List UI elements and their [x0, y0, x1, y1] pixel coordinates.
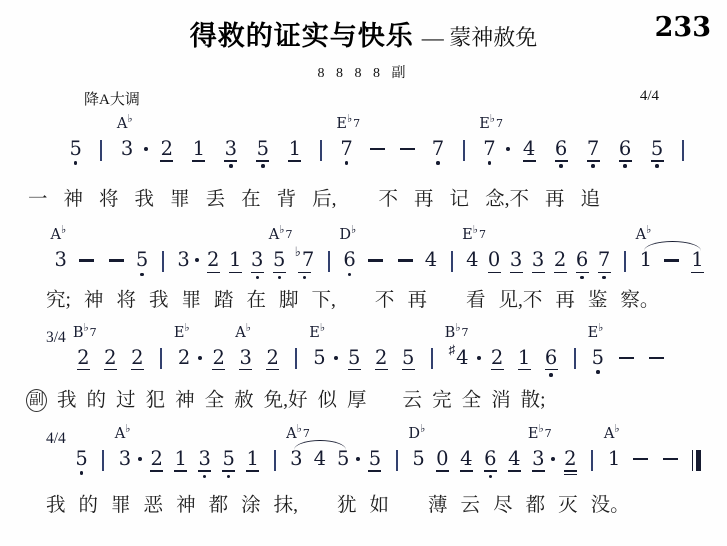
chord-label: A♭	[117, 117, 133, 132]
eighth-underline	[619, 160, 632, 161]
low-octave-dot	[229, 164, 233, 168]
time-signature-inline: 4/4	[46, 430, 66, 448]
note-number: 5	[402, 348, 414, 368]
lyric-syllable: 如	[370, 494, 390, 518]
eighth-underline	[460, 470, 473, 471]
note: A♭1	[608, 427, 620, 469]
duration-dash	[633, 458, 648, 460]
duration-dash	[400, 148, 415, 150]
note-number: 5	[369, 449, 381, 469]
note-number: 1	[193, 139, 205, 159]
note: 5	[651, 117, 664, 168]
note: 6	[619, 117, 632, 168]
note: 0	[436, 427, 449, 472]
lyric-syllable: 下,	[312, 289, 336, 313]
note: 5	[75, 427, 87, 475]
low-octave-dot	[80, 471, 84, 475]
lyric-syllable: 过	[116, 389, 136, 413]
note: 2	[564, 427, 577, 475]
lyric-syllable: 再	[414, 188, 434, 212]
eighth-underline	[222, 470, 235, 471]
lyric-syllable: 云	[403, 389, 423, 413]
note-number: 3	[121, 139, 133, 159]
duration-dash	[649, 357, 664, 359]
note-number: 5	[348, 348, 360, 368]
lyric-syllable: 散;	[521, 389, 546, 413]
note: 5	[348, 326, 361, 371]
chord-seventh: 7	[545, 427, 552, 440]
eighth-underline	[651, 160, 664, 161]
note-number: 1	[246, 449, 258, 469]
low-octave-dot	[261, 164, 265, 168]
note: E♭5	[313, 326, 325, 368]
eighth-underline	[192, 160, 205, 161]
lyric-syllable: 犯	[146, 389, 166, 413]
note: 4	[425, 228, 437, 270]
key-signature: 降A大调	[84, 88, 140, 109]
note: D♭5	[412, 427, 424, 469]
lyric-syllable: 犹	[337, 494, 357, 518]
note: 2	[554, 228, 567, 273]
low-octave-dot	[602, 276, 606, 280]
note-number: 2	[554, 250, 566, 270]
low-octave-dot	[591, 164, 595, 168]
note-number: 3	[290, 449, 302, 469]
lyric-syllable: 没。	[591, 494, 630, 518]
rhythm-dot	[506, 147, 510, 151]
lyric-syllable: 我	[149, 289, 169, 313]
chord-label: D♭	[339, 228, 356, 243]
music-line-1: 5A♭321351E♭777E♭7746765	[0, 117, 727, 171]
note-number: 2	[267, 348, 279, 368]
eighth-underline	[348, 369, 361, 370]
lyrics-line-4: 我的罪恶神都涂抹,犹如薄云尽都灭没。	[0, 494, 727, 518]
flat-icon: ♭	[351, 224, 356, 237]
eighth-underline	[368, 470, 381, 471]
note: 5	[70, 117, 82, 165]
note: 3	[224, 117, 237, 168]
eighth-underline	[229, 272, 242, 273]
refrain-badge: 副	[26, 389, 47, 412]
lyric-syllable: 罪	[111, 494, 131, 518]
chord-label: E♭7	[479, 117, 503, 132]
low-octave-dot	[596, 370, 600, 374]
rhythm-dot	[334, 356, 338, 360]
note: 6	[576, 228, 589, 279]
note: 5	[402, 326, 415, 371]
sharp-icon: ♯	[449, 343, 456, 356]
note: 5	[222, 427, 235, 478]
eighth-underline	[523, 160, 536, 161]
lyric-syllable: 记	[450, 188, 470, 212]
lyric-syllable: 鉴	[588, 289, 608, 313]
lyric-syllable: 全	[462, 389, 482, 413]
note: A♭75	[273, 228, 286, 279]
eighth-underline	[160, 160, 173, 161]
lyric-syllable: 我	[57, 389, 77, 413]
flat-icon: ♭	[297, 422, 302, 435]
lyric-syllable: 似	[318, 389, 338, 413]
eighth-underline	[488, 272, 501, 273]
lyric-syllable: 脚	[279, 289, 299, 313]
chord-label: E♭	[174, 326, 190, 341]
note-number: 5	[70, 139, 82, 159]
eighth-underline	[224, 160, 237, 161]
note-number: 4	[508, 449, 520, 469]
lyric-syllable: 不	[379, 188, 399, 212]
lyric-syllable: 再	[545, 188, 565, 212]
note: 4	[523, 117, 536, 162]
note-number: 6	[545, 348, 557, 368]
eighth-underline	[273, 272, 286, 273]
note: 2	[207, 228, 220, 273]
flat-icon: ♭	[455, 321, 460, 334]
note: E♭73	[532, 427, 545, 472]
lyric-syllable: 恶	[144, 494, 164, 518]
lyric-syllable: 罪	[170, 188, 190, 212]
note: 7	[587, 117, 600, 168]
note: A♭3	[121, 117, 133, 159]
note-number: 1	[640, 250, 652, 270]
lyric-syllable: 察。	[620, 289, 659, 313]
duration-dash	[370, 148, 385, 150]
lyric-syllable: 消	[491, 389, 511, 413]
duration-dash	[109, 259, 124, 261]
note-number: 3	[532, 250, 544, 270]
eighth-underline	[545, 369, 558, 370]
eighth-underline	[576, 272, 589, 273]
note-number: 1	[289, 139, 301, 159]
note: 2	[491, 326, 504, 371]
flat-icon: ♭	[538, 422, 543, 435]
chord-label: D♭	[408, 427, 425, 442]
flat-icon: ♭	[420, 422, 425, 435]
flat-icon: ♭	[598, 321, 603, 334]
eighth-underline	[77, 369, 90, 370]
chord-label: A♭	[636, 228, 652, 243]
barline	[160, 348, 162, 369]
note-number: 5	[592, 348, 604, 368]
low-octave-dot	[140, 273, 144, 277]
barline	[102, 450, 104, 471]
note-number: 3	[240, 348, 252, 368]
lyric-syllable: 我	[46, 494, 66, 518]
note-number: 3	[532, 449, 544, 469]
lyric-syllable: 一	[28, 188, 48, 212]
note: D♭6	[343, 228, 355, 276]
chord-label: B♭7	[73, 326, 97, 341]
lyric-syllable: 完	[432, 389, 452, 413]
flat-icon: ♭	[184, 321, 189, 334]
note-number: 4	[460, 449, 472, 469]
note: ♭7	[295, 228, 315, 279]
note-number: 4	[466, 250, 478, 270]
rhythm-dot	[477, 356, 481, 360]
flat-icon: ♭	[295, 245, 301, 258]
note: A♭3	[239, 326, 252, 371]
note-number: 1	[229, 250, 241, 270]
note-number: 3	[119, 449, 131, 469]
chord-label: B♭7	[445, 326, 469, 341]
flat-icon: ♭	[61, 224, 66, 237]
note: E♭2	[178, 326, 190, 368]
music-line-3: 3/4B♭7222E♭22A♭32E♭5525B♭7♯4216E♭5	[0, 326, 727, 380]
eighth-underline	[256, 160, 269, 161]
low-octave-dot	[227, 475, 231, 479]
barline	[328, 251, 330, 272]
eighth-underline	[484, 470, 497, 471]
chord-seventh: 7	[479, 228, 486, 241]
note: 2	[375, 326, 388, 371]
note: 1	[288, 117, 301, 162]
note: 6	[484, 427, 497, 478]
chord-label: E♭7	[528, 427, 552, 442]
note: 1	[192, 117, 205, 162]
lyric-syllable: 再	[407, 289, 427, 313]
eighth-underline	[251, 272, 264, 273]
key-time-row: 降A大调 4/4	[0, 88, 727, 109]
hymn-title: 得救的证实与快乐	[190, 21, 414, 52]
note: 0	[488, 228, 501, 273]
eighth-underline	[508, 470, 521, 471]
eighth-underline	[554, 272, 567, 273]
note-number: 6	[576, 250, 588, 270]
note-number: 5	[337, 449, 349, 469]
note: 3	[177, 228, 189, 270]
lyric-syllable: 神	[175, 389, 195, 413]
duration-dash	[368, 259, 383, 261]
low-octave-dot	[559, 164, 563, 168]
chord-seventh: 7	[496, 117, 503, 130]
note: 2	[212, 326, 225, 371]
sheet-music-page: 233 得救的证实与快乐— 蒙神赦免 8 8 8 8 副 降A大调 4/4 5A…	[0, 0, 727, 546]
note-number: 7	[340, 139, 352, 159]
eighth-underline	[518, 369, 531, 370]
note: 1	[518, 326, 531, 371]
flat-icon: ♭	[646, 224, 651, 237]
lyric-syllable: 念,不	[485, 188, 529, 212]
note-number: 5	[273, 250, 285, 270]
lyric-syllable: 抹,	[274, 494, 298, 518]
low-octave-dot	[203, 475, 207, 479]
eighth-underline	[246, 470, 259, 471]
note: 1	[246, 427, 259, 472]
note-number: 7	[432, 139, 444, 159]
eighth-underline	[491, 369, 504, 370]
note-number: 2	[178, 348, 190, 368]
eighth-underline	[174, 470, 187, 471]
note: 5	[256, 117, 269, 168]
flat-icon: ♭	[473, 224, 478, 237]
note-number: 2	[207, 250, 219, 270]
lyric-syllable: 见,不	[498, 289, 542, 313]
eighth-underline	[298, 272, 311, 273]
lyric-syllable: 免,好	[264, 389, 308, 413]
chord-label: A♭7	[286, 427, 310, 442]
eighth-underline	[555, 160, 568, 161]
eighth-underline	[598, 272, 611, 273]
eighth-underline	[131, 369, 144, 370]
lyric-syllable: 赦	[234, 389, 254, 413]
duration-dash	[664, 259, 679, 261]
lyric-syllable: 在	[247, 289, 267, 313]
chord-label: A♭7	[269, 228, 293, 243]
lyric-syllable: 在	[241, 188, 261, 212]
rhythm-dot	[144, 147, 148, 151]
eighth-underline	[691, 272, 704, 273]
lyric-syllable: 都	[209, 494, 229, 518]
lyric-syllable: 丢	[206, 188, 226, 212]
note-number: 2	[131, 348, 143, 368]
note: E♭74	[466, 228, 478, 270]
barline	[431, 348, 433, 369]
note: 2	[266, 326, 279, 371]
duration-dash	[663, 458, 678, 460]
note: 3	[251, 228, 264, 279]
low-octave-dot	[436, 161, 440, 165]
note-number: 4	[456, 348, 468, 368]
note-number: 3	[251, 250, 263, 270]
flat-icon: ♭	[246, 321, 251, 334]
lyric-syllable: 不	[375, 289, 395, 313]
barline	[100, 140, 102, 161]
eighth-underline	[436, 470, 449, 471]
lyric-syllable: 薄	[428, 494, 448, 518]
eighth-underline	[207, 272, 220, 273]
note-number: 3	[198, 449, 210, 469]
eighth-underline	[587, 160, 600, 161]
lyric-syllable: 踏	[214, 289, 234, 313]
low-octave-dot	[256, 276, 260, 280]
lyrics-line-1: 一神将我罪丢在背后,不再记念,不再追	[0, 188, 727, 212]
barline	[295, 348, 297, 369]
flat-icon: ♭	[125, 422, 130, 435]
lyric-syllable: 云	[461, 494, 481, 518]
note: 2	[131, 326, 144, 371]
note-number: 3	[510, 250, 522, 270]
chord-label: A♭	[604, 427, 620, 442]
note-number: 5	[222, 449, 234, 469]
flat-icon: ♭	[83, 321, 88, 334]
note-number: 2	[150, 449, 162, 469]
low-octave-dot	[278, 276, 282, 280]
low-octave-dot	[489, 475, 493, 479]
note-number: 2	[104, 348, 116, 368]
eighth-underline	[510, 272, 523, 273]
chord-label: A♭	[235, 326, 251, 341]
flat-icon: ♭	[320, 321, 325, 334]
note-number: 1	[518, 348, 530, 368]
flat-icon: ♭	[127, 112, 132, 125]
note: E♭77	[340, 117, 352, 165]
note-number: 0	[488, 250, 500, 270]
note-number: 7	[587, 139, 599, 159]
note-number: 6	[555, 139, 567, 159]
lyric-syllable: 再	[555, 289, 575, 313]
note-number: 2	[564, 449, 576, 469]
lyric-syllable: 罪	[181, 289, 201, 313]
note-number: 6	[484, 449, 496, 469]
flat-icon: ♭	[614, 422, 619, 435]
lyric-syllable: 的	[79, 494, 99, 518]
chord-label: A♭	[51, 228, 67, 243]
chord-label: E♭	[588, 326, 604, 341]
barline	[396, 450, 398, 471]
note: 2	[104, 326, 117, 371]
note-number: 4	[425, 250, 437, 270]
note: 1	[174, 427, 187, 472]
note-number: 5	[257, 139, 269, 159]
flat-icon: ♭	[279, 224, 284, 237]
flat-icon: ♭	[347, 112, 352, 125]
eighth-underline	[564, 474, 577, 475]
note-number: 4	[314, 449, 326, 469]
rhythm-dot	[551, 457, 555, 461]
note: 7	[598, 228, 611, 279]
rhythm-dot	[198, 356, 202, 360]
note-number: 5	[75, 449, 87, 469]
note: A♭3	[55, 228, 67, 270]
low-octave-dot	[345, 161, 349, 165]
chord-label: E♭7	[462, 228, 486, 243]
lyric-syllable: 尽	[493, 494, 513, 518]
eighth-underline	[212, 369, 225, 370]
lyric-syllable: 厚	[347, 389, 367, 413]
note: 3	[532, 228, 545, 273]
barline	[320, 140, 322, 161]
note-number: 5	[313, 348, 325, 368]
lyrics-line-2: 究;神将我罪踏在脚下,不再看见,不再鉴察。	[0, 289, 727, 313]
title-row: 得救的证实与快乐— 蒙神赦免	[0, 14, 727, 53]
meter-label: 8 8 8 8 副	[0, 62, 727, 82]
lyric-syllable: 的	[87, 389, 107, 413]
low-octave-dot	[655, 164, 659, 168]
lyric-syllable: 将	[99, 188, 119, 212]
chord-seventh: 7	[303, 427, 310, 440]
chord-seventh: 7	[462, 326, 469, 339]
chord-label: A♭	[115, 427, 131, 442]
low-octave-dot	[348, 273, 352, 277]
note-number: 2	[375, 348, 387, 368]
note: 2	[150, 427, 163, 472]
lyric-syllable: 神	[84, 289, 104, 313]
eighth-underline	[532, 470, 545, 471]
rhythm-dot	[195, 258, 199, 262]
note-number: 0	[436, 449, 448, 469]
eighth-underline	[288, 160, 301, 161]
note: E♭77	[483, 117, 495, 165]
flat-icon: ♭	[490, 112, 495, 125]
note: 7	[432, 117, 444, 165]
lyric-syllable: 神	[64, 188, 84, 212]
low-octave-dot	[74, 161, 78, 165]
low-octave-dot	[303, 276, 307, 280]
eighth-underline	[198, 470, 211, 471]
note-number: 2	[213, 348, 225, 368]
duration-dash	[398, 259, 413, 261]
barline	[624, 251, 626, 272]
note: 5	[136, 228, 148, 276]
note: 3	[510, 228, 523, 273]
eighth-underline	[532, 272, 545, 273]
note-number: 5	[136, 250, 148, 270]
final-barline	[692, 450, 701, 471]
chord-label: E♭7	[336, 117, 360, 132]
time-signature: 4/4	[640, 88, 659, 109]
lyric-syllable: 都	[526, 494, 546, 518]
hymn-number: 233	[655, 12, 711, 43]
note: 2	[160, 117, 173, 162]
